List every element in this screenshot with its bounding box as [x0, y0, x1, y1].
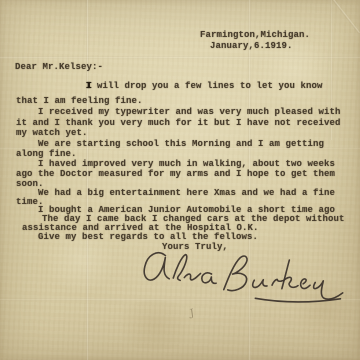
letter-line: along fine. — [16, 149, 77, 159]
letter-line: that I am feeling fine. — [16, 96, 143, 106]
letter-line: ago the Doctor measured for my arms and … — [16, 169, 335, 179]
letter-salutation: Dear Mr.Kelsey:- — [15, 62, 103, 72]
fold-crease-vertical-left — [86, 0, 89, 360]
letter-line-opening: I will drop you a few lines to let you k… — [86, 81, 323, 91]
letter-line: We had a big entertainment here Xmas and… — [38, 188, 335, 198]
letter-place-line: Farmington,Michigan. — [200, 30, 310, 40]
letter-document: Farmington,Michigan. January,6.1919. Dea… — [0, 0, 360, 360]
letter-line-text: will drop you a few lines to let you kno… — [92, 81, 323, 91]
letter-line: it and I thank you very much for it but … — [16, 118, 341, 128]
paper-stain — [110, 300, 200, 350]
signature-alva-burkey — [133, 244, 348, 313]
letter-line: I received my typewriter and was very mu… — [38, 107, 341, 117]
pencil-mark: J — [189, 308, 195, 319]
letter-date-line: January,6.1919. — [210, 41, 293, 51]
letter-line: Give my best regards to all the fellows. — [38, 232, 258, 242]
scanned-letter-screenshot: Farmington,Michigan. January,6.1919. Dea… — [0, 0, 360, 360]
letter-line: my watch yet. — [16, 128, 88, 138]
letter-line: We are starting school this Morning and … — [38, 139, 324, 149]
letter-line: I haved improved very much in walking, a… — [38, 159, 335, 169]
corner-crease — [330, 0, 360, 34]
